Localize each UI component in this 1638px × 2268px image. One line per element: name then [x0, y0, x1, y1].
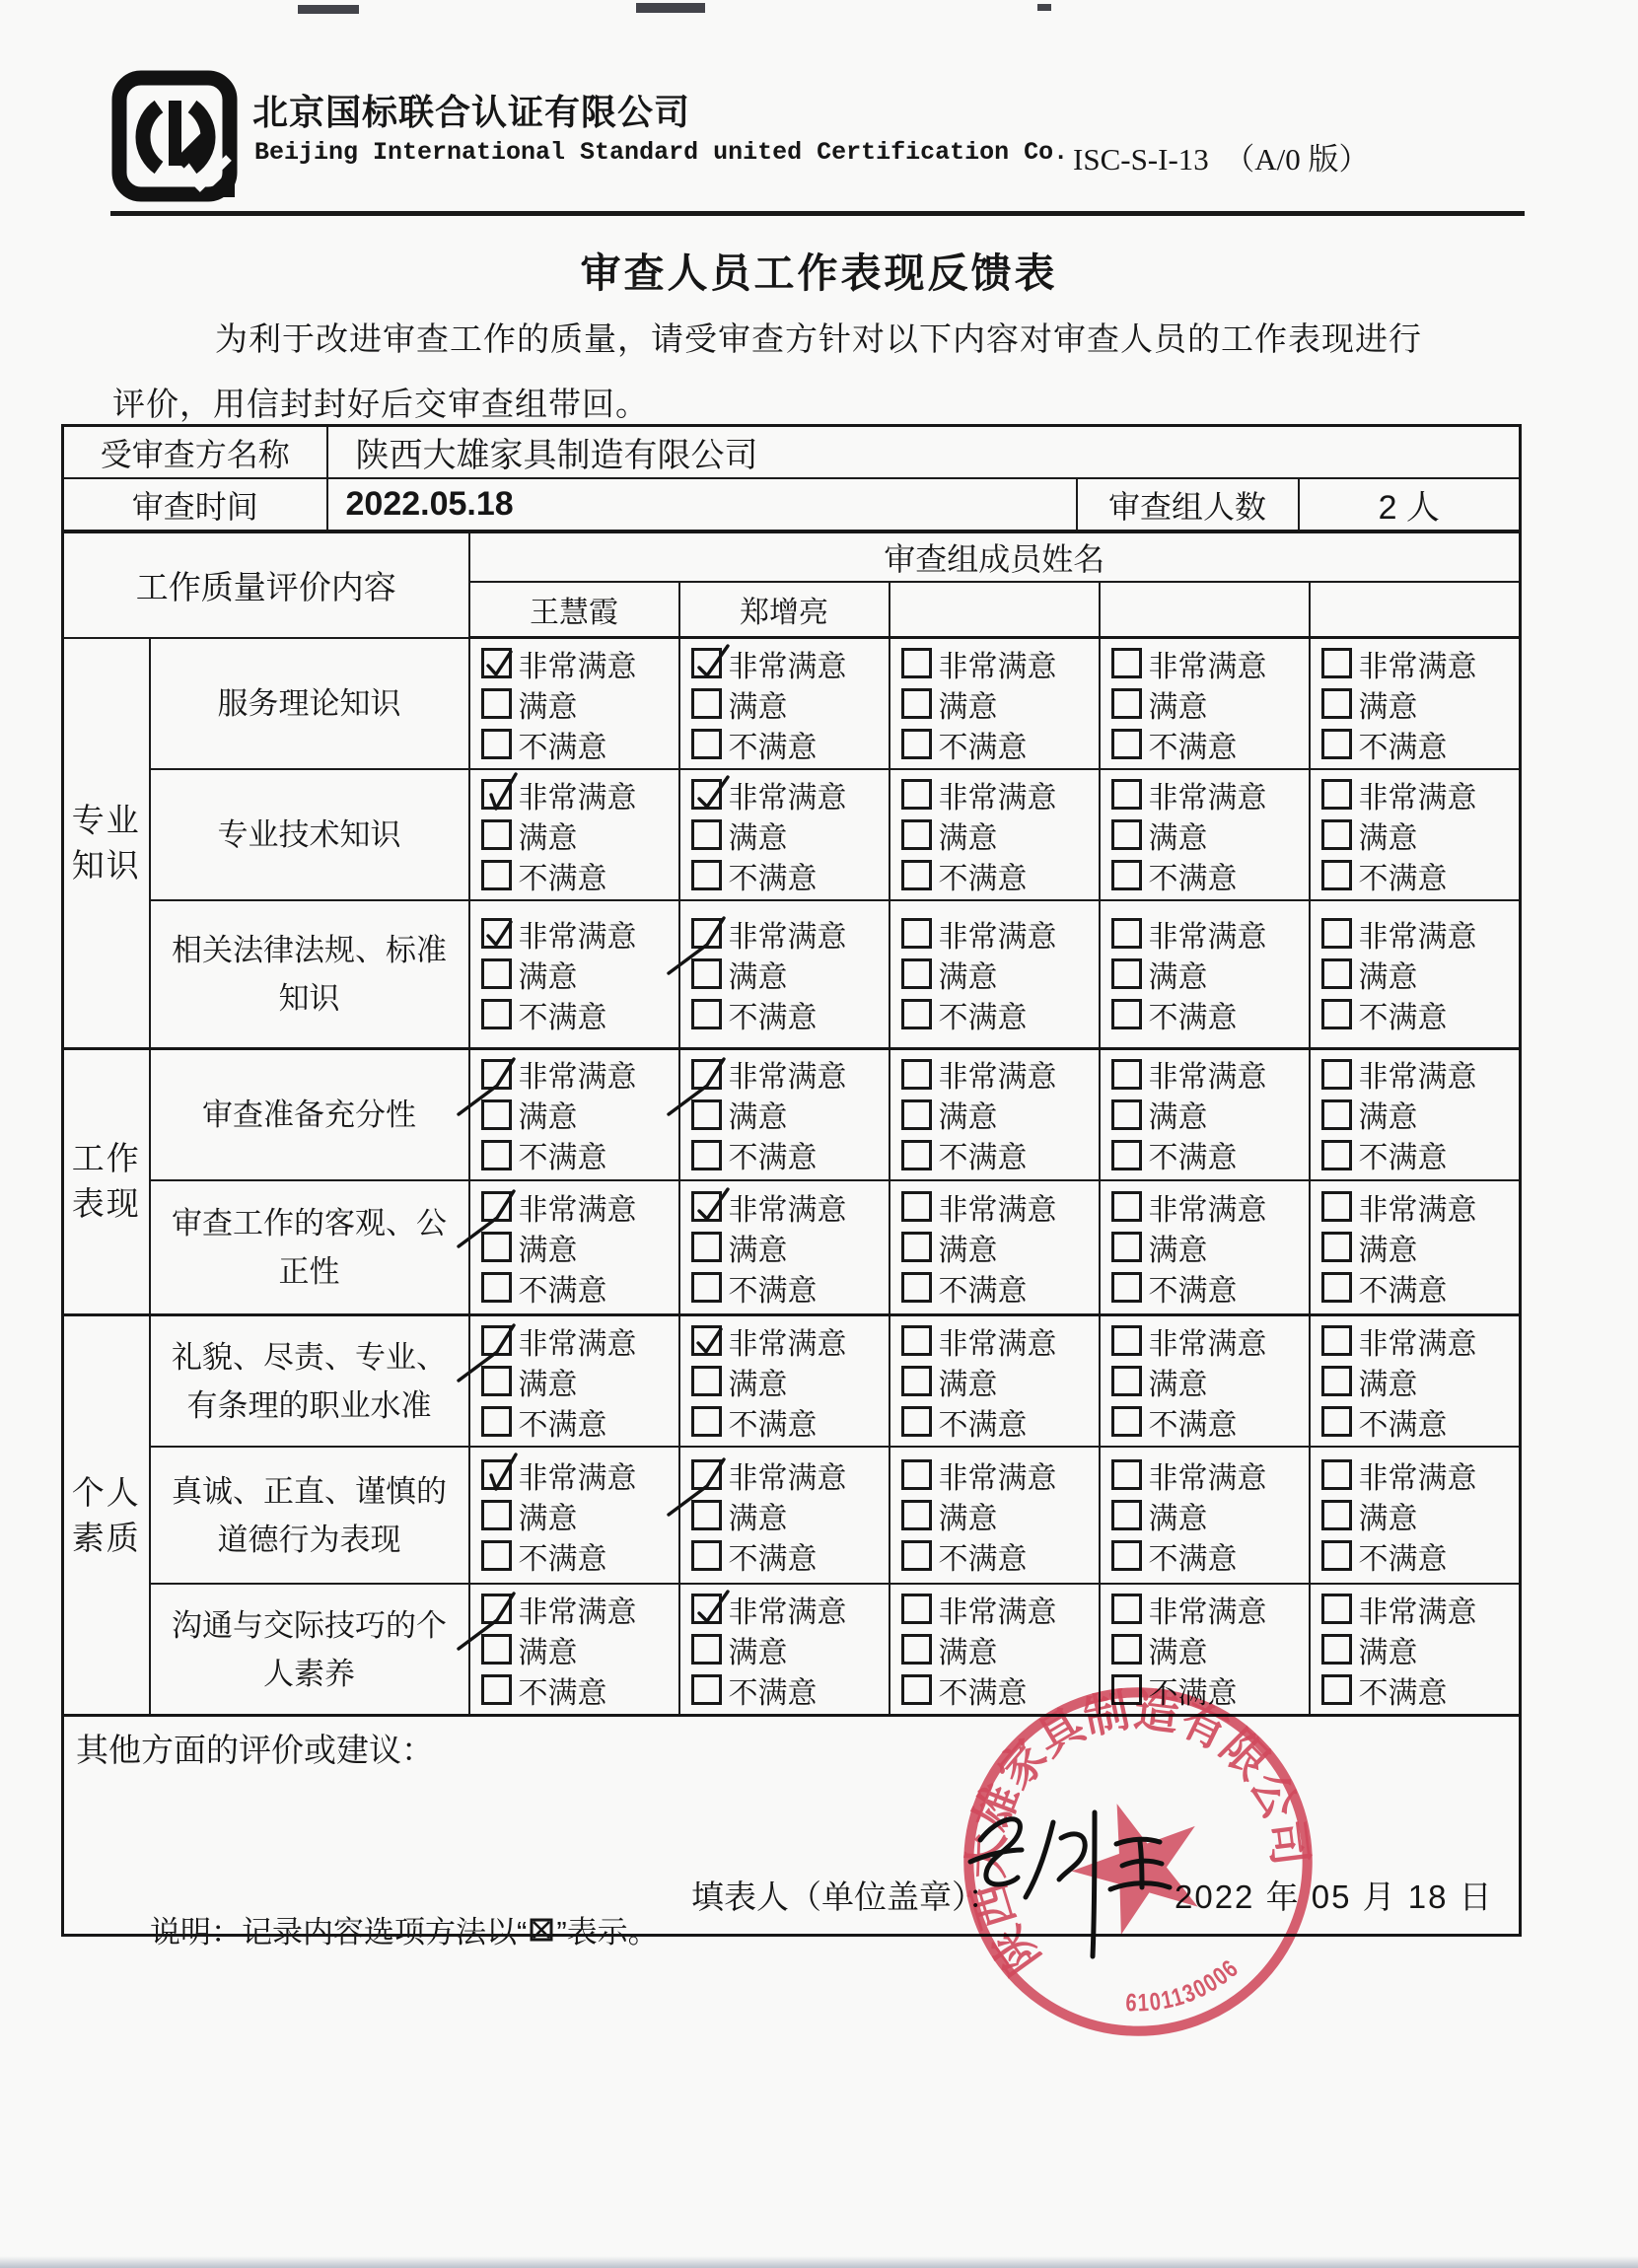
- table-row: 专业知识服务理论知识非常满意满意不满意非常满意满意不满意非常满意满意不满意非常满…: [63, 638, 1521, 770]
- member-name-4: [1100, 582, 1310, 638]
- footnote: 说明：记录内容选项方法以“ ”表示。: [150, 1907, 659, 1951]
- option-label: 非常满意: [729, 1453, 847, 1497]
- option-label: 满意: [1359, 953, 1418, 996]
- option-label: 非常满意: [939, 1052, 1057, 1096]
- criterion-label: 审查准备充分性: [150, 1048, 469, 1180]
- checkbox-unsatisfied[interactable]: [691, 1540, 722, 1571]
- checkbox-unsatisfied[interactable]: [481, 729, 512, 759]
- checkbox-unsatisfied[interactable]: [691, 999, 722, 1029]
- option-label: 非常满意: [1359, 773, 1477, 816]
- option-label: 满意: [1359, 1093, 1418, 1136]
- option-label: 不满意: [939, 1133, 1028, 1176]
- checkbox-satisfied[interactable]: [1111, 688, 1142, 719]
- checkbox-satisfied[interactable]: [691, 688, 722, 719]
- checkbox-very-satisfied[interactable]: [901, 918, 932, 949]
- checkbox-very-satisfied[interactable]: [481, 779, 512, 810]
- checkbox-satisfied[interactable]: [1111, 1232, 1142, 1262]
- option-label: 满意: [519, 1628, 578, 1671]
- checkbox-satisfied[interactable]: [691, 1099, 722, 1130]
- checkbox-satisfied[interactable]: [901, 1500, 932, 1530]
- option-label: 不满意: [1149, 1266, 1238, 1310]
- checkbox-satisfied[interactable]: [901, 688, 932, 719]
- checkbox-satisfied[interactable]: [901, 958, 932, 989]
- option-label: 不满意: [1359, 854, 1448, 897]
- checkbox-very-satisfied[interactable]: [481, 1191, 512, 1222]
- checkbox-satisfied[interactable]: [1321, 819, 1352, 850]
- checkbox-satisfied[interactable]: [1321, 688, 1352, 719]
- option-label: 非常满意: [1149, 642, 1267, 685]
- checkbox-very-satisfied[interactable]: [1321, 1459, 1352, 1490]
- option-label: 非常满意: [939, 1453, 1057, 1497]
- option-label: 满意: [1359, 814, 1418, 857]
- option-label: 不满意: [519, 1266, 607, 1310]
- option-label: 非常满意: [729, 773, 847, 816]
- option-label: 非常满意: [1359, 1185, 1477, 1229]
- checkbox-unsatisfied[interactable]: [1111, 1406, 1142, 1437]
- team-size-label: 审查组人数: [1077, 478, 1299, 532]
- checkbox-satisfied[interactable]: [481, 1500, 512, 1530]
- option-label: 满意: [519, 1494, 578, 1537]
- checkbox-unsatisfied[interactable]: [1321, 1406, 1352, 1437]
- option-label: 满意: [729, 1628, 788, 1671]
- option-label: 满意: [939, 814, 998, 857]
- criterion-label: 沟通与交际技巧的个人素养: [150, 1584, 469, 1716]
- checkbox-satisfied[interactable]: [481, 1099, 512, 1130]
- checkbox-satisfied[interactable]: [901, 1232, 932, 1262]
- option-label: 不满意: [1359, 1266, 1448, 1310]
- checkbox-satisfied[interactable]: [481, 688, 512, 719]
- checkbox-unsatisfied[interactable]: [901, 729, 932, 759]
- checkbox-satisfied[interactable]: [1321, 1099, 1352, 1130]
- checkbox-very-satisfied[interactable]: [691, 1594, 722, 1624]
- option-label: 满意: [939, 1494, 998, 1537]
- checkbox-unsatisfied[interactable]: [901, 860, 932, 890]
- option-label: 满意: [519, 1226, 578, 1269]
- option-label: 不满意: [939, 1534, 1028, 1578]
- matrix-body: 专业知识服务理论知识非常满意满意不满意非常满意满意不满意非常满意满意不满意非常满…: [63, 638, 1521, 1716]
- checkbox-satisfied[interactable]: [1111, 1366, 1142, 1396]
- option-label: 不满意: [1359, 723, 1448, 766]
- option-label: 非常满意: [1359, 1319, 1477, 1363]
- option-label: 满意: [1149, 953, 1208, 996]
- audit-date-value: 2022.05.18: [327, 478, 1077, 532]
- audit-date-label: 审查时间: [63, 478, 327, 532]
- checkbox-satisfied[interactable]: [1321, 1232, 1352, 1262]
- table-row: 专业技术知识非常满意满意不满意非常满意满意不满意非常满意满意不满意非常满意满意不…: [63, 769, 1521, 900]
- checkbox-satisfied[interactable]: [481, 1232, 512, 1262]
- option-label: 不满意: [519, 1400, 607, 1444]
- option-label: 满意: [939, 682, 998, 726]
- certification-logo-icon: [110, 69, 243, 207]
- checkbox-unsatisfied[interactable]: [481, 1674, 512, 1705]
- checkbox-unsatisfied[interactable]: [901, 1140, 932, 1170]
- option-label: 满意: [1359, 682, 1418, 726]
- option-label: 非常满意: [939, 1319, 1057, 1363]
- option-label: 不满意: [519, 1668, 607, 1712]
- checkbox-unsatisfied[interactable]: [481, 1540, 512, 1571]
- footnote-suffix: ”表示。: [556, 1907, 658, 1951]
- option-label: 非常满意: [1149, 1319, 1267, 1363]
- checkbox-unsatisfied[interactable]: [1321, 1140, 1352, 1170]
- intro-text-line2: 评价，用信封封好后交审查组带回。: [112, 379, 649, 425]
- rating-cell: 非常满意满意不满意: [1310, 769, 1521, 900]
- option-label: 不满意: [1359, 1400, 1448, 1444]
- checkbox-unsatisfied[interactable]: [481, 999, 512, 1029]
- checkbox-unsatisfied[interactable]: [1111, 1272, 1142, 1303]
- rating-cell: 非常满意满意不满意: [1100, 638, 1310, 770]
- checkbox-very-satisfied[interactable]: [1321, 1191, 1352, 1222]
- option-label: 满意: [1149, 1226, 1208, 1269]
- option-label: 非常满意: [519, 1453, 637, 1497]
- checkbox-very-satisfied[interactable]: [1111, 918, 1142, 949]
- option-label: 不满意: [1149, 723, 1238, 766]
- intro-text-line1: 为利于改进审查工作的质量，请受审查方针对以下内容对审查人员的工作表现进行: [215, 314, 1422, 360]
- option-label: 不满意: [519, 993, 607, 1036]
- members-header: 审查组成员姓名: [469, 532, 1521, 583]
- checkbox-very-satisfied[interactable]: [1111, 1325, 1142, 1356]
- option-label: 非常满意: [729, 642, 847, 685]
- option-label: 不满意: [729, 723, 818, 766]
- option-label: 非常满意: [519, 1588, 637, 1631]
- table-row: 审查工作的客观、公正性非常满意满意不满意非常满意满意不满意非常满意满意不满意非常…: [63, 1180, 1521, 1315]
- member-name-3: [890, 582, 1100, 638]
- rating-cell: 非常满意满意不满意: [1310, 1315, 1521, 1448]
- option-label: 不满意: [939, 854, 1028, 897]
- checkbox-very-satisfied[interactable]: [481, 1059, 512, 1090]
- option-label: 满意: [729, 1093, 788, 1136]
- scan-artifact: [636, 3, 705, 13]
- checkbox-satisfied[interactable]: [1111, 1500, 1142, 1530]
- checkbox-satisfied[interactable]: [481, 1634, 512, 1665]
- checkbox-satisfied[interactable]: [901, 1366, 932, 1396]
- option-label: 不满意: [519, 723, 607, 766]
- option-label: 非常满意: [1359, 1588, 1477, 1631]
- member-name-2: 郑增亮: [679, 582, 890, 638]
- option-label: 非常满意: [1359, 642, 1477, 685]
- option-label: 非常满意: [1149, 1453, 1267, 1497]
- rating-cell: 非常满意满意不满意: [1310, 1180, 1521, 1315]
- rating-cell: 非常满意满意不满意: [469, 1048, 679, 1180]
- option-label: 非常满意: [729, 1319, 847, 1363]
- checkbox-very-satisfied[interactable]: [691, 1325, 722, 1356]
- checkbox-unsatisfied[interactable]: [691, 1674, 722, 1705]
- rating-cell: 非常满意满意不满意: [890, 1315, 1100, 1448]
- checkbox-very-satisfied[interactable]: [481, 648, 512, 678]
- option-label: 满意: [519, 1093, 578, 1136]
- option-label: 满意: [1149, 1360, 1208, 1403]
- checkbox-very-satisfied[interactable]: [901, 1191, 932, 1222]
- checkbox-satisfied[interactable]: [1111, 1099, 1142, 1130]
- rating-cell: 非常满意满意不满意: [1100, 1180, 1310, 1315]
- rating-cell: 非常满意满意不满意: [679, 638, 890, 770]
- checkbox-satisfied[interactable]: [1321, 1500, 1352, 1530]
- option-label: 不满意: [729, 854, 818, 897]
- checkbox-satisfied[interactable]: [1321, 1366, 1352, 1396]
- issuer-name-cn: 北京国标联合认证有限公司: [252, 85, 690, 135]
- option-label: 非常满意: [939, 773, 1057, 816]
- checkbox-very-satisfied[interactable]: [481, 1459, 512, 1490]
- rating-cell: 非常满意满意不满意: [1100, 1315, 1310, 1448]
- option-label: 非常满意: [1359, 1052, 1477, 1096]
- option-label: 非常满意: [939, 1588, 1057, 1631]
- rating-cell: 非常满意满意不满意: [1310, 1048, 1521, 1180]
- scan-edge: [0, 2256, 1638, 2268]
- option-label: 满意: [939, 1360, 998, 1403]
- checkbox-very-satisfied[interactable]: [481, 1325, 512, 1356]
- option-label: 非常满意: [519, 642, 637, 685]
- option-label: 非常满意: [1359, 912, 1477, 956]
- option-label: 非常满意: [1149, 1185, 1267, 1229]
- criterion-label: 服务理论知识: [150, 638, 469, 770]
- option-label: 满意: [939, 1226, 998, 1269]
- checkbox-very-satisfied[interactable]: [1321, 1594, 1352, 1624]
- checkbox-unsatisfied[interactable]: [901, 999, 932, 1029]
- checkbox-satisfied[interactable]: [1111, 958, 1142, 989]
- checkbox-satisfied[interactable]: [1111, 1634, 1142, 1665]
- checkbox-unsatisfied[interactable]: [481, 1140, 512, 1170]
- header-divider: [110, 211, 1525, 216]
- rating-cell: 非常满意满意不满意: [1100, 1048, 1310, 1180]
- rating-cell: 非常满意满意不满意: [890, 1048, 1100, 1180]
- rating-cell: 非常满意满意不满意: [1310, 1584, 1521, 1716]
- checkbox-unsatisfied[interactable]: [901, 1540, 932, 1571]
- page-title: 审查人员工作表现反馈表: [0, 241, 1638, 299]
- option-label: 非常满意: [519, 1319, 637, 1363]
- checkbox-unsatisfied[interactable]: [901, 1272, 932, 1303]
- checkbox-satisfied[interactable]: [901, 1634, 932, 1665]
- checkbox-unsatisfied[interactable]: [1321, 999, 1352, 1029]
- option-label: 非常满意: [1359, 1453, 1477, 1497]
- criterion-label: 相关法律法规、标准知识: [150, 900, 469, 1048]
- checkbox-unsatisfied[interactable]: [901, 1674, 932, 1705]
- option-label: 满意: [1149, 1093, 1208, 1136]
- checkbox-very-satisfied[interactable]: [1321, 1059, 1352, 1090]
- option-label: 非常满意: [729, 1185, 847, 1229]
- checkbox-unsatisfied[interactable]: [1111, 1140, 1142, 1170]
- checkbox-unsatisfied[interactable]: [691, 1140, 722, 1170]
- checkbox-very-satisfied[interactable]: [901, 1059, 932, 1090]
- option-label: 满意: [1359, 1494, 1418, 1537]
- table-row: 真诚、正直、谨慎的道德行为表现非常满意满意不满意非常满意满意不满意非常满意满意不…: [63, 1447, 1521, 1584]
- criterion-label: 审查工作的客观、公正性: [150, 1180, 469, 1315]
- rating-cell: 非常满意满意不满意: [469, 1315, 679, 1448]
- checkbox-satisfied[interactable]: [1111, 819, 1142, 850]
- rating-cell: 非常满意满意不满意: [890, 900, 1100, 1048]
- rating-cell: 非常满意满意不满意: [890, 1180, 1100, 1315]
- checkbox-unsatisfied[interactable]: [1111, 729, 1142, 759]
- checkbox-unsatisfied[interactable]: [1321, 729, 1352, 759]
- checkbox-very-satisfied[interactable]: [1321, 779, 1352, 810]
- option-label: 不满意: [1149, 993, 1238, 1036]
- option-label: 不满意: [519, 1534, 607, 1578]
- option-label: 满意: [1149, 682, 1208, 726]
- option-label: 不满意: [1149, 1534, 1238, 1578]
- table-row: 个人素质礼貌、尽责、专业、有条理的职业水准非常满意满意不满意非常满意满意不满意非…: [63, 1315, 1521, 1448]
- option-label: 满意: [1359, 1360, 1418, 1403]
- checkbox-satisfied[interactable]: [481, 819, 512, 850]
- option-label: 非常满意: [939, 1185, 1057, 1229]
- checkbox-very-satisfied[interactable]: [1321, 1325, 1352, 1356]
- rating-cell: 非常满意满意不满意: [1100, 1447, 1310, 1584]
- option-label: 不满意: [939, 723, 1028, 766]
- option-label: 非常满意: [519, 1052, 637, 1096]
- checkbox-very-satisfied[interactable]: [1111, 1594, 1142, 1624]
- option-label: 非常满意: [519, 912, 637, 956]
- checkbox-unsatisfied[interactable]: [1111, 1540, 1142, 1571]
- option-label: 满意: [1149, 1494, 1208, 1537]
- checkbox-very-satisfied[interactable]: [901, 648, 932, 678]
- rating-cell: 非常满意满意不满意: [679, 1180, 890, 1315]
- checkbox-satisfied[interactable]: [481, 1366, 512, 1396]
- scanned-form-page: 北京国标联合认证有限公司 Beijing International Stand…: [0, 0, 1638, 2268]
- rating-cell: 非常满意满意不满意: [1100, 769, 1310, 900]
- member-name-5: [1310, 582, 1521, 638]
- rating-cell: 非常满意满意不满意: [679, 1315, 890, 1448]
- checkbox-unsatisfied[interactable]: [1111, 860, 1142, 890]
- option-label: 不满意: [729, 1266, 818, 1310]
- handwritten-signature: [959, 1783, 1195, 1995]
- checkbox-satisfied[interactable]: [691, 958, 722, 989]
- checkbox-unsatisfied[interactable]: [691, 1406, 722, 1437]
- option-label: 不满意: [1359, 1668, 1448, 1712]
- checkbox-satisfied[interactable]: [691, 1634, 722, 1665]
- option-label: 满意: [1359, 1628, 1418, 1671]
- checkbox-very-satisfied[interactable]: [1111, 1059, 1142, 1090]
- rating-cell: 非常满意满意不满意: [1100, 900, 1310, 1048]
- checkbox-unsatisfied[interactable]: [1111, 999, 1142, 1029]
- checkbox-satisfied[interactable]: [691, 1232, 722, 1262]
- rating-cell: 非常满意满意不满意: [679, 1447, 890, 1584]
- checkbox-satisfied[interactable]: [1321, 958, 1352, 989]
- rating-cell: 非常满意满意不满意: [890, 638, 1100, 770]
- content-header: 工作质量评价内容: [63, 532, 469, 638]
- option-label: 满意: [519, 953, 578, 996]
- checkbox-very-satisfied[interactable]: [691, 1459, 722, 1490]
- option-label: 不满意: [1149, 1400, 1238, 1444]
- rating-cell: 非常满意满意不满意: [679, 769, 890, 900]
- option-label: 不满意: [1359, 1133, 1448, 1176]
- option-label: 不满意: [519, 854, 607, 897]
- checkbox-very-satisfied[interactable]: [481, 918, 512, 949]
- group-label: 工作表现: [63, 1048, 150, 1315]
- option-label: 不满意: [519, 1133, 607, 1176]
- rating-cell: 非常满意满意不满意: [469, 1180, 679, 1315]
- option-label: 不满意: [1149, 854, 1238, 897]
- checkbox-satisfied[interactable]: [901, 819, 932, 850]
- rating-cell: 非常满意满意不满意: [469, 1584, 679, 1716]
- option-label: 非常满意: [1149, 773, 1267, 816]
- checkbox-unsatisfied[interactable]: [1321, 860, 1352, 890]
- checkbox-unsatisfied[interactable]: [691, 729, 722, 759]
- checkbox-satisfied[interactable]: [1321, 1634, 1352, 1665]
- checkbox-satisfied[interactable]: [691, 1366, 722, 1396]
- checkbox-very-satisfied[interactable]: [1111, 1191, 1142, 1222]
- scan-artifact: [298, 5, 359, 14]
- table-row: 相关法律法规、标准知识非常满意满意不满意非常满意满意不满意非常满意满意不满意非常…: [63, 900, 1521, 1048]
- checkbox-very-satisfied[interactable]: [691, 918, 722, 949]
- checkbox-very-satisfied[interactable]: [691, 1059, 722, 1090]
- group-label: 专业知识: [63, 638, 150, 1049]
- checkbox-satisfied[interactable]: [691, 1500, 722, 1530]
- checkbox-very-satisfied[interactable]: [1111, 1459, 1142, 1490]
- criterion-label: 礼貌、尽责、专业、有条理的职业水准: [150, 1315, 469, 1448]
- option-label: 不满意: [729, 1133, 818, 1176]
- checkbox-very-satisfied[interactable]: [901, 1459, 932, 1490]
- option-label: 不满意: [1359, 993, 1448, 1036]
- option-label: 不满意: [729, 1400, 818, 1444]
- option-label: 非常满意: [729, 1052, 847, 1096]
- criterion-label: 真诚、正直、谨慎的道德行为表现: [150, 1447, 469, 1584]
- scan-artifact: [1037, 4, 1051, 11]
- checkbox-very-satisfied[interactable]: [481, 1594, 512, 1624]
- option-label: 满意: [939, 953, 998, 996]
- checkbox-very-satisfied[interactable]: [691, 779, 722, 810]
- option-label: 满意: [729, 814, 788, 857]
- checkbox-satisfied[interactable]: [691, 819, 722, 850]
- option-label: 不满意: [1359, 1534, 1448, 1578]
- checkbox-very-satisfied[interactable]: [901, 1594, 932, 1624]
- checkbox-unsatisfied[interactable]: [481, 1272, 512, 1303]
- checkbox-very-satisfied[interactable]: [901, 779, 932, 810]
- checkbox-unsatisfied[interactable]: [481, 1406, 512, 1437]
- rating-cell: 非常满意满意不满意: [469, 1447, 679, 1584]
- member-name-1: 王慧霞: [469, 582, 679, 638]
- rating-cell: 非常满意满意不满意: [469, 769, 679, 900]
- option-label: 不满意: [939, 1266, 1028, 1310]
- rating-cell: 非常满意满意不满意: [469, 900, 679, 1048]
- option-label: 不满意: [939, 993, 1028, 1036]
- checkbox-unsatisfied[interactable]: [901, 1406, 932, 1437]
- team-size-value: 2 人: [1299, 478, 1521, 532]
- option-label: 非常满意: [519, 1185, 637, 1229]
- checkbox-very-satisfied[interactable]: [1321, 648, 1352, 678]
- option-label: 非常满意: [939, 642, 1057, 685]
- option-label: 不满意: [729, 1534, 818, 1578]
- checkbox-satisfied[interactable]: [901, 1099, 932, 1130]
- checkbox-unsatisfied[interactable]: [691, 1272, 722, 1303]
- option-label: 满意: [729, 1360, 788, 1403]
- checkbox-unsatisfied[interactable]: [481, 860, 512, 890]
- option-label: 非常满意: [1149, 1588, 1267, 1631]
- checked-box-icon: [530, 1918, 553, 1942]
- footnote-prefix: 说明：记录内容选项方法以“: [150, 1907, 527, 1951]
- rating-cell: 非常满意满意不满意: [1310, 900, 1521, 1048]
- checkbox-unsatisfied[interactable]: [1321, 1272, 1352, 1303]
- issuer-name-en: Beijing International Standard united Ce…: [254, 138, 1068, 167]
- option-label: 不满意: [729, 1668, 818, 1712]
- checkbox-unsatisfied[interactable]: [1321, 1540, 1352, 1571]
- auditee-value: 陕西大雄家具制造有限公司: [327, 426, 1521, 479]
- auditee-label: 受审查方名称: [63, 426, 327, 479]
- rating-cell: 非常满意满意不满意: [679, 1584, 890, 1716]
- rating-cell: 非常满意满意不满意: [679, 1048, 890, 1180]
- checkbox-very-satisfied[interactable]: [1321, 918, 1352, 949]
- option-label: 不满意: [729, 993, 818, 1036]
- checkbox-unsatisfied[interactable]: [691, 860, 722, 890]
- checkbox-very-satisfied[interactable]: [901, 1325, 932, 1356]
- checkbox-very-satisfied[interactable]: [691, 1191, 722, 1222]
- checkbox-satisfied[interactable]: [481, 958, 512, 989]
- checkbox-very-satisfied[interactable]: [1111, 779, 1142, 810]
- checkbox-very-satisfied[interactable]: [691, 648, 722, 678]
- option-label: 满意: [729, 682, 788, 726]
- option-label: 非常满意: [1149, 1052, 1267, 1096]
- option-label: 满意: [519, 814, 578, 857]
- option-label: 满意: [519, 1360, 578, 1403]
- info-table: 受审查方名称 陕西大雄家具制造有限公司 审查时间 2022.05.18 审查组人…: [61, 424, 1522, 532]
- checkbox-very-satisfied[interactable]: [1111, 648, 1142, 678]
- option-label: 非常满意: [939, 912, 1057, 956]
